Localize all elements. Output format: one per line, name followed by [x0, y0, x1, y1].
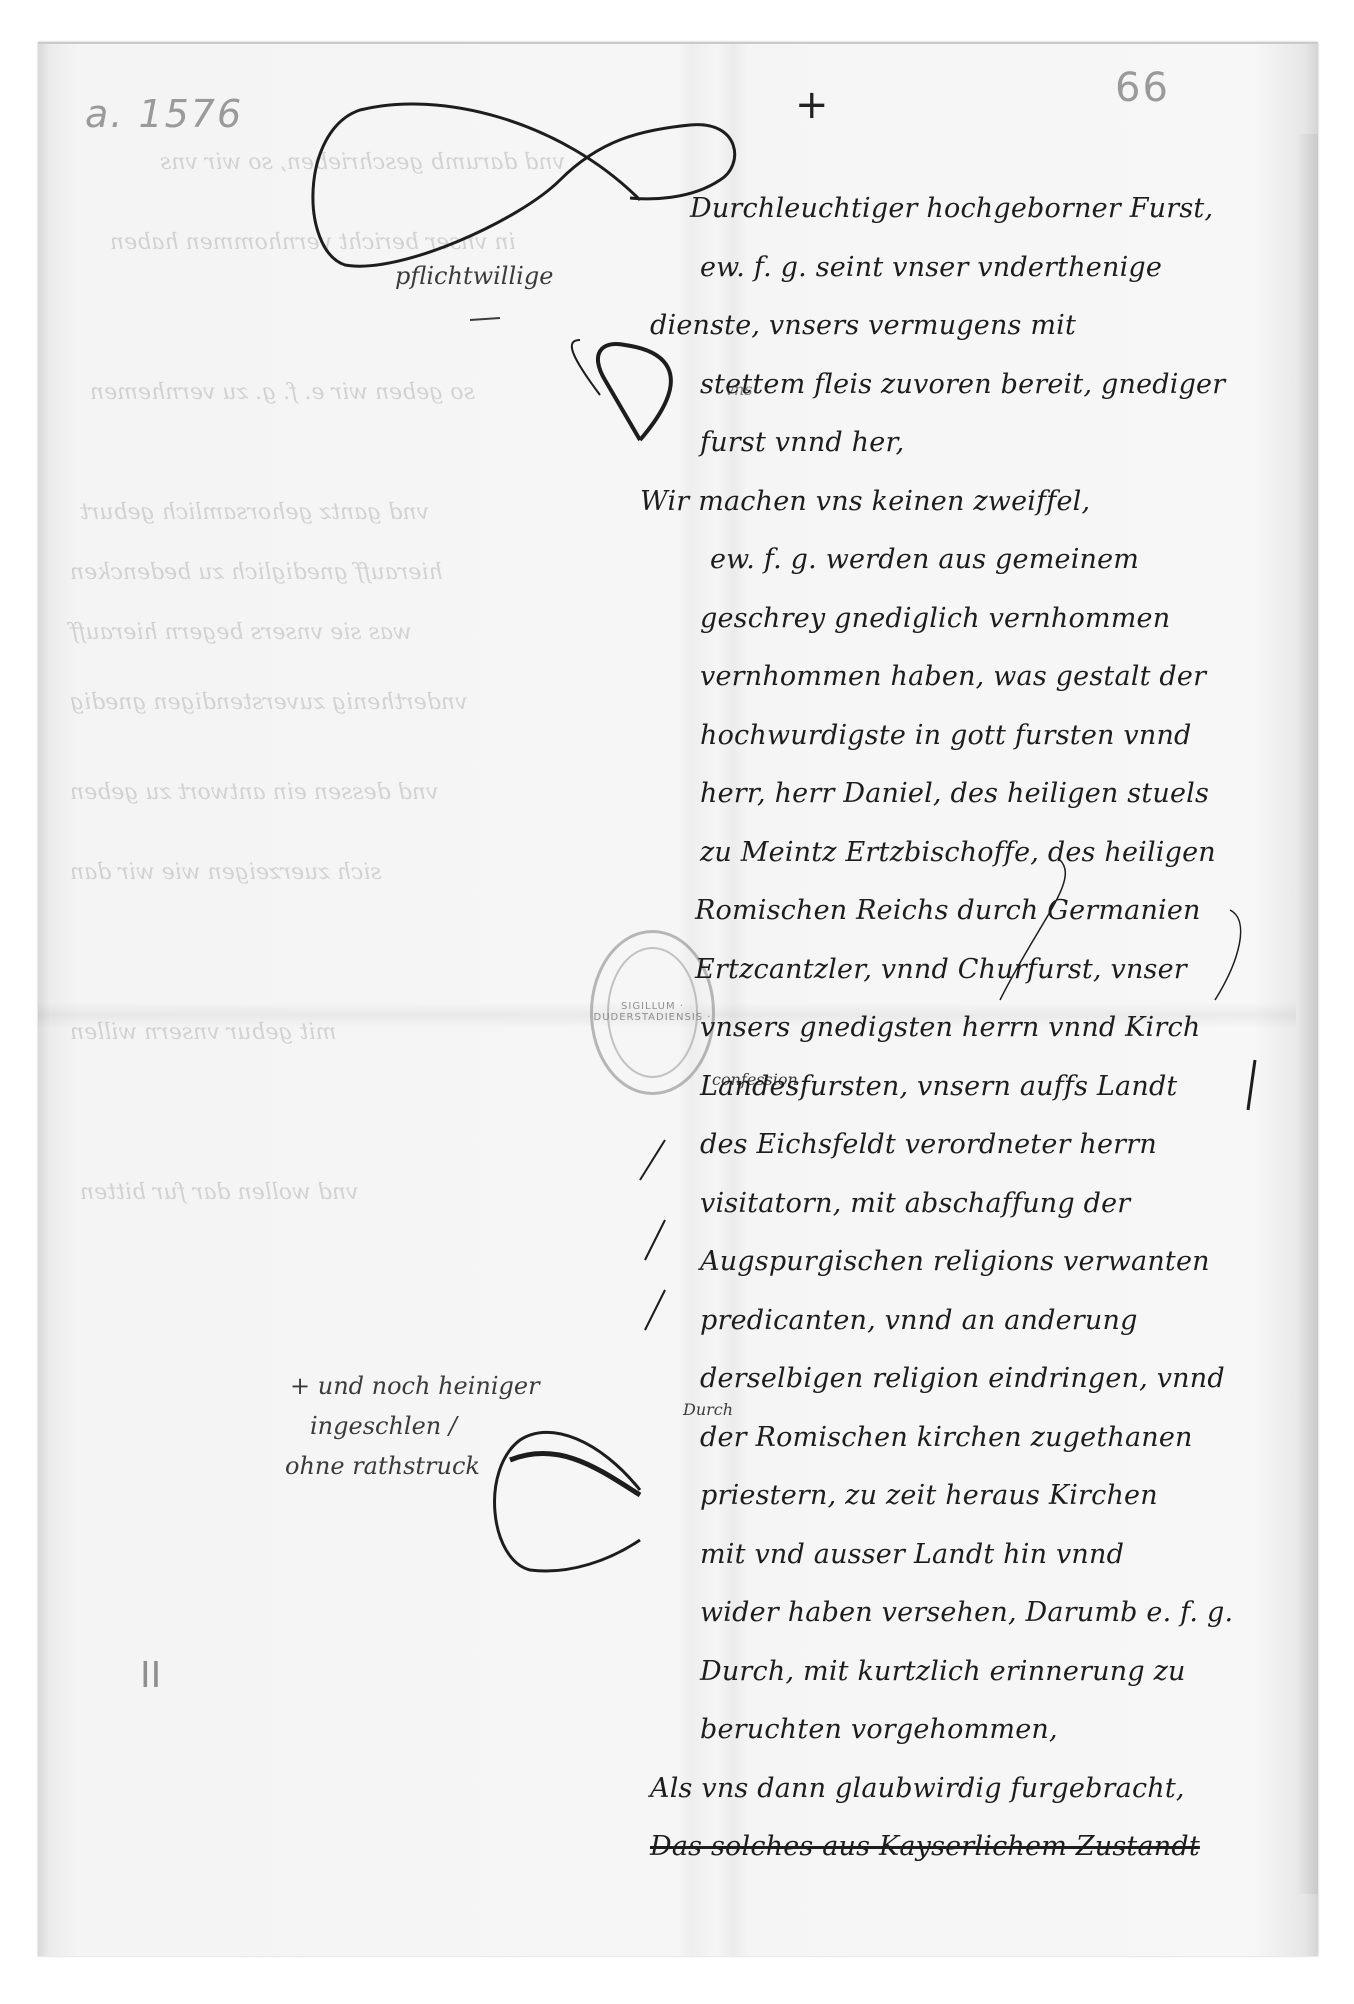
text-line: Als vns dann glaubwirdig furgebracht, [640, 1760, 1300, 1819]
margin-note-bottom-2: ingeschlen / [310, 1412, 457, 1440]
struck-text-line: Das solches aus Kayserlichem Zustandt [640, 1818, 1300, 1877]
margin-note-bottom-3: ohne rathstruck [285, 1452, 480, 1480]
letter-body: Durchleuchtiger hochgeborner Furst, ew. … [640, 180, 1300, 1877]
text-line: Wir machen vns keinen zweiffel, [640, 473, 1300, 532]
struck-text: Das solches aus Kayserlichem Zustandt [650, 1831, 1200, 1862]
text-line: Durch, mit kurtzlich erinnerung zu [640, 1643, 1300, 1702]
text-line: Landesfursten, vnsern auffs Landt [640, 1058, 1300, 1117]
text-line: Durchleuchtiger hochgeborner Furst, [640, 180, 1300, 239]
text-line: predicanten, vnnd an anderung [640, 1292, 1300, 1351]
text-line: hochwurdigste in gott fursten vnnd [640, 707, 1300, 766]
text-line: furst vnnd her, [640, 414, 1300, 473]
margin-note-bottom-1: + und noch heiniger [290, 1372, 540, 1400]
text-line: geschrey gnediglich vernhommen [640, 590, 1300, 649]
text-line: derselbigen religion eindringen, vnnd [640, 1350, 1300, 1409]
text-line: der Romischen kirchen zugethanen [640, 1409, 1300, 1468]
text-line: wider haben versehen, Darumb e. f. g. [640, 1584, 1300, 1643]
text-line: ew. f. g. werden aus gemeinem [640, 531, 1300, 590]
text-line: vnsers gnedigsten herrn vnnd Kirch [640, 999, 1300, 1058]
text-line: beruchten vorgehommen, [640, 1701, 1300, 1760]
text-line: mit vnd ausser Landt hin vnnd [640, 1526, 1300, 1585]
text-line: Ertzcantzler, vnnd Churfurst, vnser [640, 941, 1300, 1000]
text-line: visitatorn, mit abschaffung der [640, 1175, 1300, 1234]
text-line: Romischen Reichs durch Germanien [640, 882, 1300, 941]
text-line: vernhommen haben, was gestalt der [640, 648, 1300, 707]
text-line: herr, herr Daniel, des heiligen stuels [640, 765, 1300, 824]
text-line: des Eichsfeldt verordneter herrn [640, 1116, 1300, 1175]
text-line: zu Meintz Ertzbischoffe, des heiligen [640, 824, 1300, 883]
text-line: stettem fleis zuvoren bereit, gnediger [640, 356, 1300, 415]
text-line: ew. f. g. seint vnser vnderthenige [640, 239, 1300, 298]
text-line: Augspurgischen religions verwanten [640, 1233, 1300, 1292]
margin-note-top-left: pflichtwillige [395, 262, 553, 290]
text-line: priestern, zu zeit heraus Kirchen [640, 1467, 1300, 1526]
text-line: dienste, vnsers vermugens mit [640, 297, 1300, 356]
